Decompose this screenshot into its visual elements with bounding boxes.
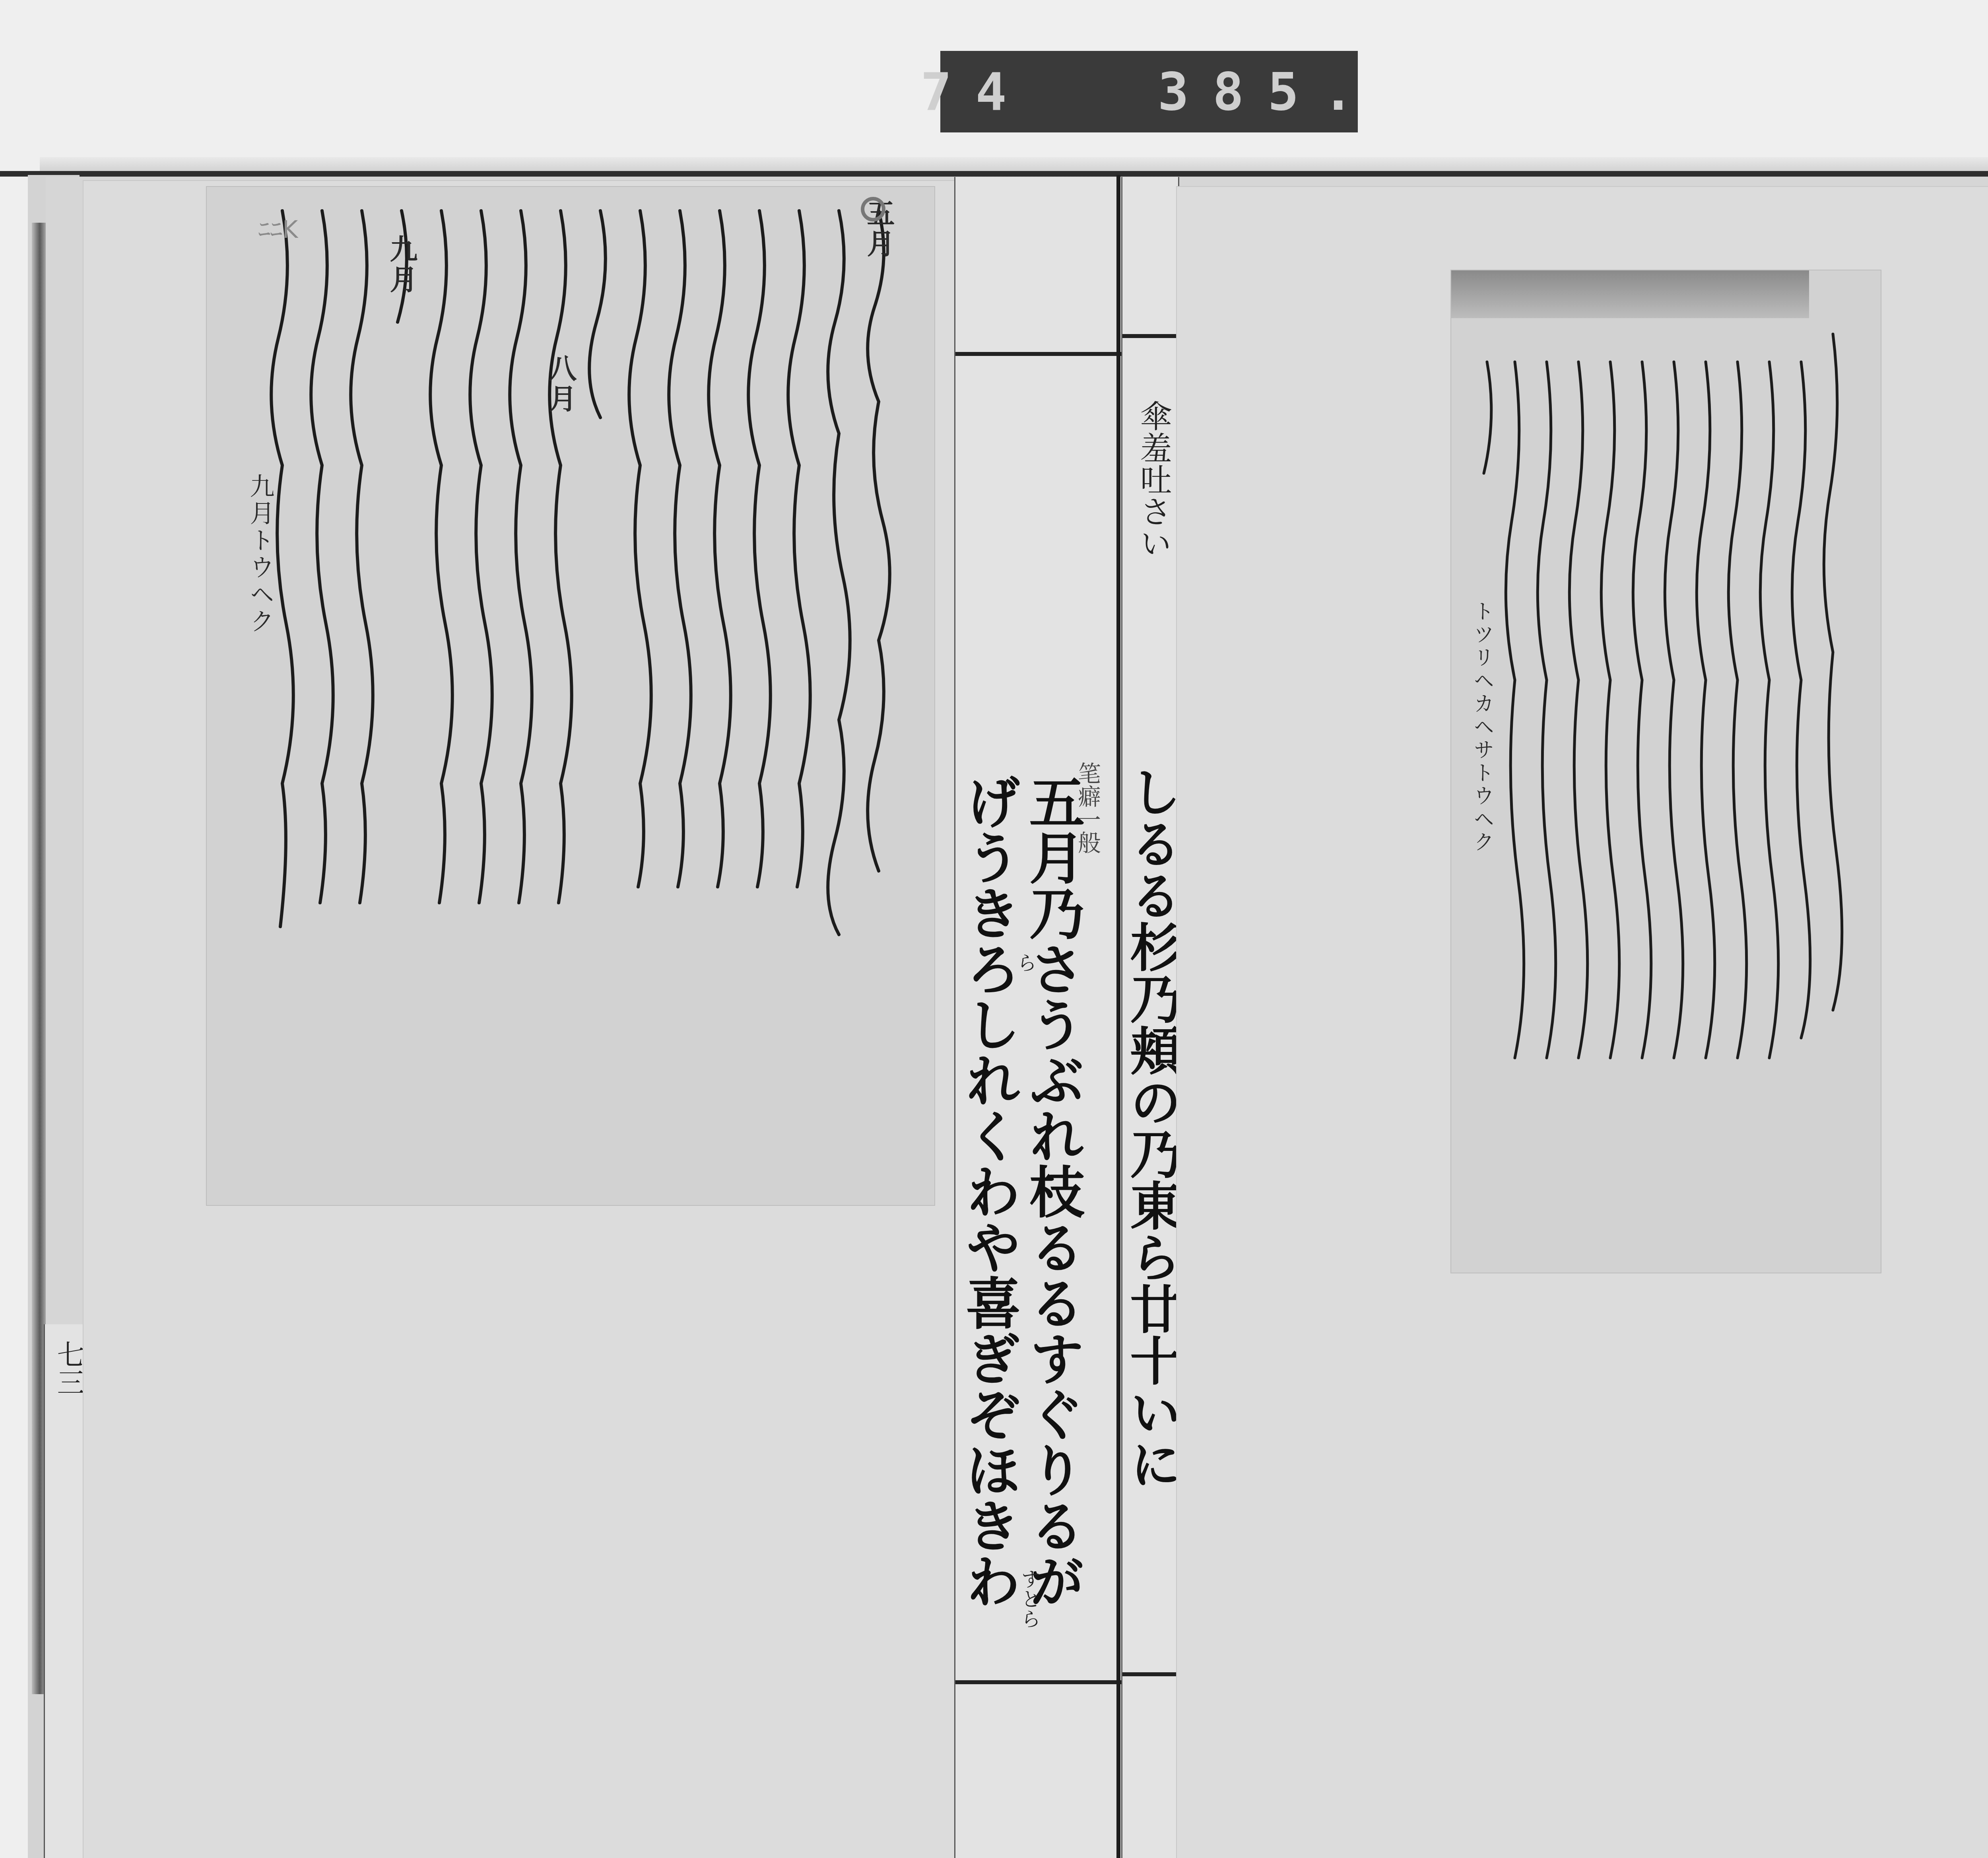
handwriting-columns	[1451, 270, 1881, 1273]
slip-signature: 九月トウヘク	[243, 473, 278, 636]
circle-mark	[861, 197, 885, 222]
center-right-printed-column: 傘羞吐さい しるる杉乃頬の乃東ら廿十いに	[1121, 177, 1179, 1858]
film-reel-number: 74	[920, 62, 1031, 122]
printed-column: しるる杉乃頬の乃東ら廿十いに	[1124, 766, 1179, 1664]
section-marker: 九月	[382, 235, 422, 295]
printed-column-top: 傘羞吐さい	[1130, 400, 1176, 559]
pencil-mark: ﾆﾆK	[258, 211, 298, 245]
frame-rule	[1122, 334, 1178, 338]
torn-slip-edge	[1451, 270, 1809, 318]
right-manuscript-slip: トツリヘカヘサトウヘク	[1451, 270, 1881, 1273]
side-stamp: 七三	[49, 1340, 89, 1396]
printed-column: 五月乃さうぶれ枝るるすぐりるが	[1023, 774, 1081, 1672]
film-label: 74 385.	[940, 51, 1358, 132]
section-marker: 八月	[541, 354, 581, 414]
book-gutter-line	[1116, 175, 1120, 1858]
top-border-line	[0, 171, 1988, 177]
slip-signature: トツリヘカヘサトウヘク	[1467, 601, 1497, 854]
small-note: すとら	[1015, 1569, 1044, 1629]
small-note: ら	[1011, 952, 1040, 972]
left-manuscript-slip: 五月 八月 九月 九月トウヘク	[207, 187, 934, 1205]
film-frame-number: 385.	[1158, 62, 1378, 122]
frame-rule	[955, 352, 1122, 356]
printed-column: げうきろしれくわや喜ぎぞほきわ	[959, 774, 1018, 1672]
handwriting-columns	[207, 187, 934, 1205]
center-left-printed-columns: 笔癖一般 五月乃さうぶれ枝るるすぐりるが げうきろしれくわや喜ぎぞほきわ ら す…	[954, 177, 1124, 1858]
frame-rule	[955, 1680, 1122, 1684]
frame-rule	[1122, 1672, 1178, 1676]
